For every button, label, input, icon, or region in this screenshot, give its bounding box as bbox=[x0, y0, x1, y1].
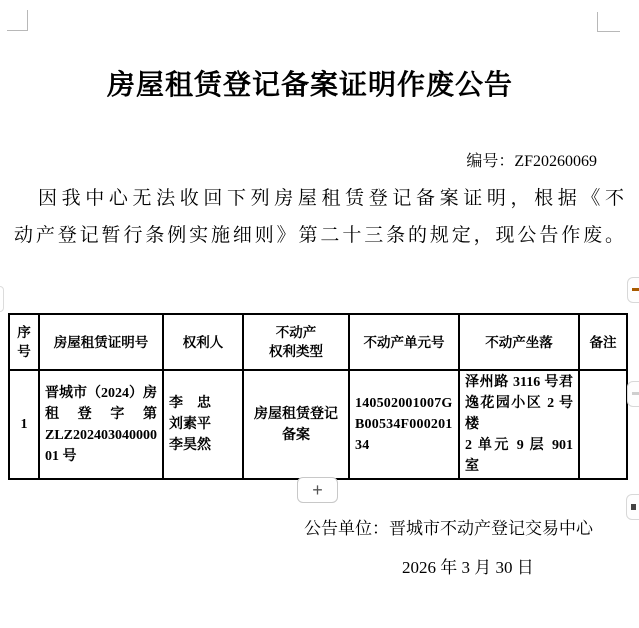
unit-no-line: 140502001007G bbox=[355, 393, 453, 414]
page-margin-corner-mark-top-left bbox=[7, 10, 28, 31]
table-row: 1 晋城市（2024）房 租登字第 ZLZ202403040000 01 号 李… bbox=[9, 370, 627, 479]
cell-holders: 李 忠 刘素平 李昊然 bbox=[163, 370, 243, 479]
header-holder: 权利人 bbox=[163, 314, 243, 370]
unit-no-line: 34 bbox=[355, 435, 453, 456]
cell-unit-no: 140502001007G B00534F000201 34 bbox=[349, 370, 459, 479]
header-location: 不动产坐落 bbox=[459, 314, 579, 370]
cell-certificate-no: 晋城市（2024）房 租登字第 ZLZ202403040000 01 号 bbox=[39, 370, 163, 479]
cell-remark bbox=[579, 370, 627, 479]
header-seq-line: 序 bbox=[15, 323, 33, 342]
issuer-line: 公告单位：晋城市不动产登记交易中心 bbox=[304, 514, 593, 539]
document-page: 房屋租赁登记备案证明作废公告 编号：ZF20260069 因我中心无法收回下列房… bbox=[0, 0, 639, 628]
location-line: 2 单元 9 层 901 室 bbox=[465, 435, 573, 477]
certificate-no-line: 租登字第 bbox=[45, 404, 157, 425]
page-title: 房屋租赁登记备案证明作废公告 bbox=[0, 63, 620, 103]
header-unit-no: 不动产单元号 bbox=[349, 314, 459, 370]
doc-number: 编号：ZF20260069 bbox=[466, 148, 597, 171]
certificate-no-line: 晋城市（2024）房 bbox=[45, 383, 157, 404]
unit-no-line: B00534F000201 bbox=[355, 414, 453, 435]
header-remark: 备注 bbox=[579, 314, 627, 370]
floating-widget-button[interactable] bbox=[626, 494, 639, 520]
right-type-line: 备案 bbox=[249, 425, 343, 446]
holder-name: 李 忠 bbox=[169, 393, 237, 414]
paragraph-line: 因我中心无法收回下列房屋租赁登记备案证明，根据《不 bbox=[14, 180, 624, 217]
widget-dash-icon bbox=[632, 288, 639, 291]
header-right-type-line: 权利类型 bbox=[249, 342, 343, 361]
floating-left-widget[interactable] bbox=[0, 286, 4, 312]
add-table-row-button[interactable]: + bbox=[297, 477, 338, 503]
holder-name: 刘素平 bbox=[169, 414, 237, 435]
paragraph-line: 动产登记暂行条例实施细则》第二十三条的规定，现公告作废。 bbox=[14, 217, 624, 254]
widget-dash-icon bbox=[632, 392, 639, 395]
certificate-no-line: 01 号 bbox=[45, 446, 157, 467]
header-right-type: 不动产 权利类型 bbox=[243, 314, 349, 370]
date-line: 2026 年 3 月 30 日 bbox=[402, 553, 534, 578]
cancellation-table: 序 号 房屋租赁证明号 权利人 不动产 权利类型 不动产单元号 不动产坐落 备注… bbox=[8, 313, 628, 480]
certificate-no-line: ZLZ202403040000 bbox=[45, 425, 157, 446]
cell-right-type: 房屋租赁登记 备案 bbox=[243, 370, 349, 479]
holder-name: 李昊然 bbox=[169, 435, 237, 456]
header-certificate-no: 房屋租赁证明号 bbox=[39, 314, 163, 370]
page-margin-corner-mark-top-right bbox=[597, 12, 620, 32]
header-seq: 序 号 bbox=[9, 314, 39, 370]
location-line: 逸花园小区 2 号楼 bbox=[465, 393, 573, 435]
widget-glyph-icon bbox=[631, 504, 636, 510]
floating-widget-button[interactable] bbox=[627, 381, 639, 407]
location-line: 泽州路 3116 号君 bbox=[465, 372, 573, 393]
cell-location: 泽州路 3116 号君 逸花园小区 2 号楼 2 单元 9 层 901 室 bbox=[459, 370, 579, 479]
right-type-line: 房屋租赁登记 bbox=[249, 404, 343, 425]
cell-seq: 1 bbox=[9, 370, 39, 479]
table-header-row: 序 号 房屋租赁证明号 权利人 不动产 权利类型 不动产单元号 不动产坐落 备注 bbox=[9, 314, 627, 370]
header-seq-line: 号 bbox=[15, 342, 33, 361]
floating-widget-button[interactable] bbox=[627, 277, 639, 303]
announcement-paragraph: 因我中心无法收回下列房屋租赁登记备案证明，根据《不 动产登记暂行条例实施细则》第… bbox=[14, 180, 624, 254]
header-right-type-line: 不动产 bbox=[249, 323, 343, 342]
